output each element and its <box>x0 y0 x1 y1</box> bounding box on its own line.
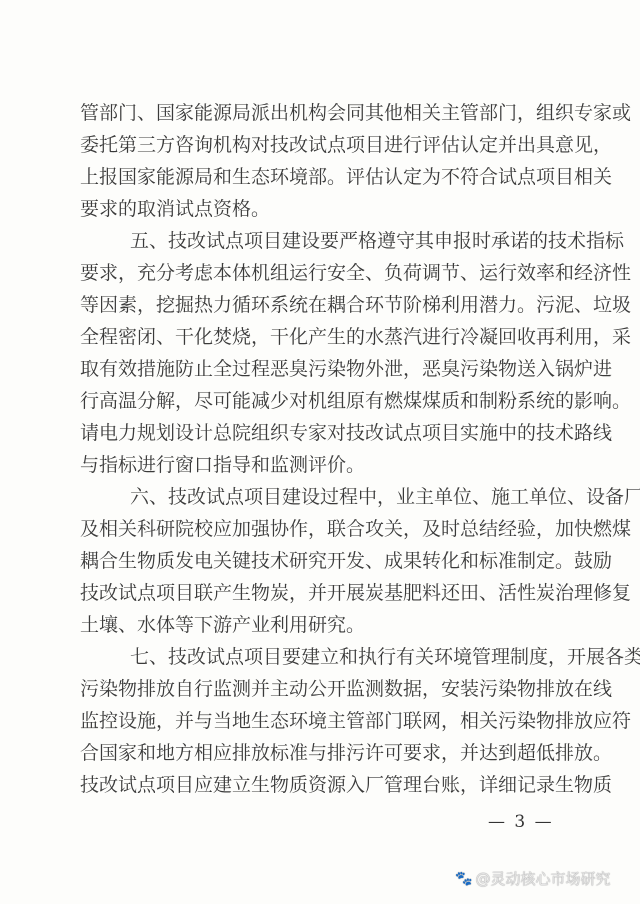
text-line: 土壤、水体等下游产业利用研究。 <box>80 609 558 641</box>
text-line: 耦合生物质发电关键技术研究开发、成果转化和标准制定。鼓励 <box>80 545 558 577</box>
text-line: 要求的取消试点资格。 <box>80 193 558 225</box>
document-page: 管部门、国家能源局派出机构会同其他相关主管部门，组织专家或委托第三方咨询机构对技… <box>0 0 640 904</box>
text-line: 请电力规划设计总院组织专家对技改试点项目实施中的技术路线 <box>80 417 558 449</box>
text-line: 七、技改试点项目要建立和执行有关环境管理制度，开展各类 <box>130 641 558 673</box>
text-line: 全程密闭、干化焚烧，干化产生的水蒸汽进行冷凝回收再利用，采 <box>80 321 558 353</box>
watermark-text: @灵动核心市场研究 <box>475 868 610 889</box>
text-line: 要求，充分考虑本体机组运行安全、负荷调节、运行效率和经济性 <box>80 257 558 289</box>
text-line: 委托第三方咨询机构对技改试点项目进行评估认定并出具意见， <box>80 129 558 161</box>
text-line: 六、技改试点项目建设过程中，业主单位、施工单位、设备厂家 <box>130 481 558 513</box>
paw-icon: 🐾 <box>455 871 472 887</box>
text-line: 合国家和地方相应排放标准与排污许可要求，并达到超低排放。 <box>80 737 558 769</box>
text-line: 技改试点项目应建立生物质资源入厂管理台账，详细记录生物质 <box>80 769 558 801</box>
text-line: 及相关科研院校应加强协作，联合攻关，及时总结经验，加快燃煤 <box>80 513 558 545</box>
text-line: 五、技改试点项目建设要严格遵守其申报时承诺的技术指标 <box>130 225 558 257</box>
text-line: 行高温分解，尽可能减少对机组原有燃煤煤质和制粉系统的影响。 <box>80 385 558 417</box>
text-line: 取有效措施防止全过程恶臭污染物外泄，恶臭污染物送入锅炉进 <box>80 353 558 385</box>
text-line: 上报国家能源局和生态环境部。评估认定为不符合试点项目相关 <box>80 161 558 193</box>
text-line: 技改试点项目联产生物炭，并开展炭基肥料还田、活性炭治理修复 <box>80 577 558 609</box>
watermark: 🐾 @灵动核心市场研究 <box>455 868 610 889</box>
text-line: 等因素，挖掘热力循环系统在耦合环节阶梯利用潜力。污泥、垃圾 <box>80 289 558 321</box>
text-line: 管部门、国家能源局派出机构会同其他相关主管部门，组织专家或 <box>80 97 558 129</box>
text-line: 监控设施，并与当地生态环境主管部门联网，相关污染物排放应符 <box>80 705 558 737</box>
page-number: — 3 — <box>488 812 554 832</box>
text-line: 污染物排放自行监测并主动公开监测数据，安装污染物排放在线 <box>80 673 558 705</box>
text-line: 与指标进行窗口指导和监测评价。 <box>80 449 558 481</box>
